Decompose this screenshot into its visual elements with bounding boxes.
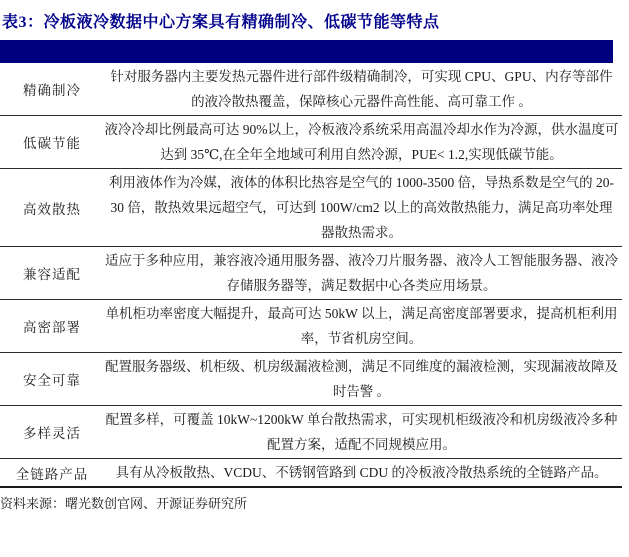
- feature-description-cell: 液冷冷却比例最高可达 90%以上，冷板液冷系统采用高温冷却水作为冷源，供水温度可…: [104, 117, 622, 167]
- page-title: 表3：冷板液冷数据中心方案具有精确制冷、低碳节能等特点: [0, 0, 629, 32]
- feature-name-cell: 兼容适配: [0, 263, 104, 283]
- table-row: 安全可靠 配置服务器级、机柜级、机房级漏液检测，满足不同维度的漏液检测，实现漏液…: [0, 353, 622, 406]
- source-note: 资料来源：曙光数创官网、开源证券研究所: [0, 493, 629, 512]
- table-row: 低碳节能 液冷冷却比例最高可达 90%以上，冷板液冷系统采用高温冷却水作为冷源，…: [0, 116, 622, 169]
- feature-description-cell: 适应于多种应用，兼容液冷通用服务器、液冷刀片服务器、液冷人工智能服务器、液冷存储…: [104, 248, 622, 298]
- table-row: 精确制冷 针对服务器内主要发热元器件进行部件级精确制冷，可实现 CPU、GPU、…: [0, 63, 622, 116]
- feature-description-cell: 配置多样，可覆盖 10kW~1200kW 单台散热需求，可实现机柜级液冷和机房级…: [104, 407, 622, 457]
- table-row: 高效散热 利用液体作为冷媒，液体的体积比热容是空气的 1000-3500 倍，导…: [0, 169, 622, 247]
- feature-name-cell: 高密部署: [0, 316, 104, 336]
- table-row: 高密部署 单机柜功率密度大幅提升，最高可达 50kW 以上，满足高密度部署要求，…: [0, 300, 622, 353]
- title-banner-bar: [0, 40, 613, 63]
- feature-description-cell: 具有从冷板散热、VCDU、不锈钢管路到 CDU 的冷板液冷散热系统的全链路产品。: [104, 460, 622, 485]
- table-row: 多样灵活 配置多样，可覆盖 10kW~1200kW 单台散热需求，可实现机柜级液…: [0, 406, 622, 459]
- feature-name-cell: 全链路产品: [0, 463, 104, 483]
- document-page: 表3：冷板液冷数据中心方案具有精确制冷、低碳节能等特点 精确制冷 针对服务器内主…: [0, 0, 629, 557]
- feature-name-cell: 低碳节能: [0, 132, 104, 152]
- table-row: 全链路产品 具有从冷板散热、VCDU、不锈钢管路到 CDU 的冷板液冷散热系统的…: [0, 459, 622, 488]
- feature-name-cell: 精确制冷: [0, 79, 104, 99]
- feature-name-cell: 高效散热: [0, 198, 104, 218]
- feature-description-cell: 利用液体作为冷媒，液体的体积比热容是空气的 1000-3500 倍，导热系数是空…: [104, 170, 622, 245]
- features-table: 精确制冷 针对服务器内主要发热元器件进行部件级精确制冷，可实现 CPU、GPU、…: [0, 63, 622, 488]
- feature-name-cell: 安全可靠: [0, 369, 104, 389]
- feature-description-cell: 配置服务器级、机柜级、机房级漏液检测，满足不同维度的漏液检测，实现漏液故障及时告…: [104, 354, 622, 404]
- feature-description-cell: 单机柜功率密度大幅提升，最高可达 50kW 以上，满足高密度部署要求，提高机柜利…: [104, 301, 622, 351]
- feature-name-cell: 多样灵活: [0, 422, 104, 442]
- feature-description-cell: 针对服务器内主要发热元器件进行部件级精确制冷，可实现 CPU、GPU、内存等部件…: [104, 64, 622, 114]
- table-row: 兼容适配 适应于多种应用，兼容液冷通用服务器、液冷刀片服务器、液冷人工智能服务器…: [0, 247, 622, 300]
